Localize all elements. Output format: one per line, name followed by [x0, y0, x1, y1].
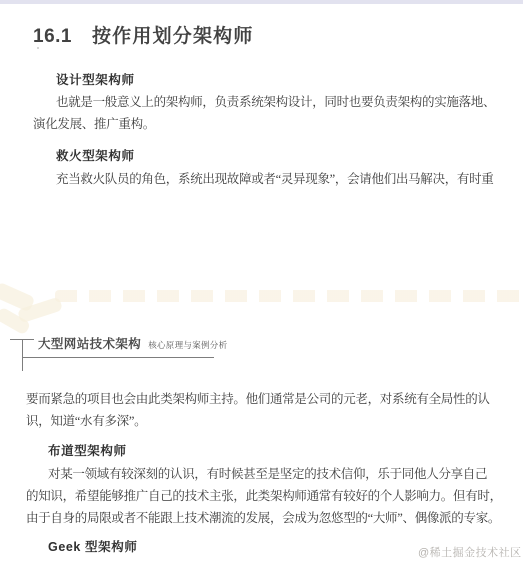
running-header-vertical-line	[22, 339, 23, 371]
paragraph-line: 演化发展、推广重构。	[33, 117, 155, 131]
scan-smudge-blob	[0, 282, 36, 313]
book-subtitle: 核心原理与案例分析	[148, 340, 227, 350]
scanned-book-page: 16.1按作用划分架构师 设计型架构师 也就是一般意义上的架构师，负责系统架构设…	[0, 0, 523, 563]
scan-smudge-row	[55, 290, 523, 302]
page-seam-divider	[0, 0, 523, 4]
running-header-underline	[22, 357, 214, 358]
scan-smudge-blob	[17, 297, 63, 324]
paragraph-line: 也就是一般意义上的架构师，负责系统架构设计，同时也要负责架构的实施落地、	[56, 95, 495, 109]
subhead-evangelist-architect: 布道型架构师	[48, 441, 127, 459]
paragraph-line: 充当救火队员的角色，系统出现故障或者“灵异现象”，会请他们出马解决，有时重	[56, 172, 494, 186]
paragraph-line: 对某一领域有较深刻的认识，有时候甚至是坚定的技术信仰，乐于同他人分享自己	[48, 467, 487, 481]
scan-smudge-blob	[0, 306, 31, 335]
book-title: 大型网站技术架构	[38, 337, 141, 351]
scan-artifact-dot	[37, 47, 39, 49]
paragraph-line: 要而紧急的项目也会由此类架构师主持。他们通常是公司的元老，对系统有全局性的认	[26, 392, 490, 406]
paragraph-line: 由于自身的局限或者不能跟上技术潮流的发展，会成为忽悠型的“大师”、偶像派的专家。	[26, 511, 500, 525]
paragraph-line: 识，知道“水有多深”。	[26, 414, 146, 428]
paragraph-line: 的知识，希望能够推广自己的技术主张，此类架构师通常有较好的个人影响力。但有时，	[26, 489, 502, 503]
subhead-design-architect: 设计型架构师	[56, 70, 135, 88]
community-watermark: @稀土掘金技术社区	[418, 544, 522, 560]
section-number: 16.1	[33, 26, 72, 47]
section-heading: 16.1按作用划分架构师	[33, 21, 254, 48]
section-title: 按作用划分架构师	[92, 26, 254, 47]
subhead-firefighter-architect: 救火型架构师	[56, 146, 135, 164]
subhead-geek-architect: Geek 型架构师	[48, 537, 137, 555]
running-header: 大型网站技术架构核心原理与案例分析	[38, 334, 227, 352]
